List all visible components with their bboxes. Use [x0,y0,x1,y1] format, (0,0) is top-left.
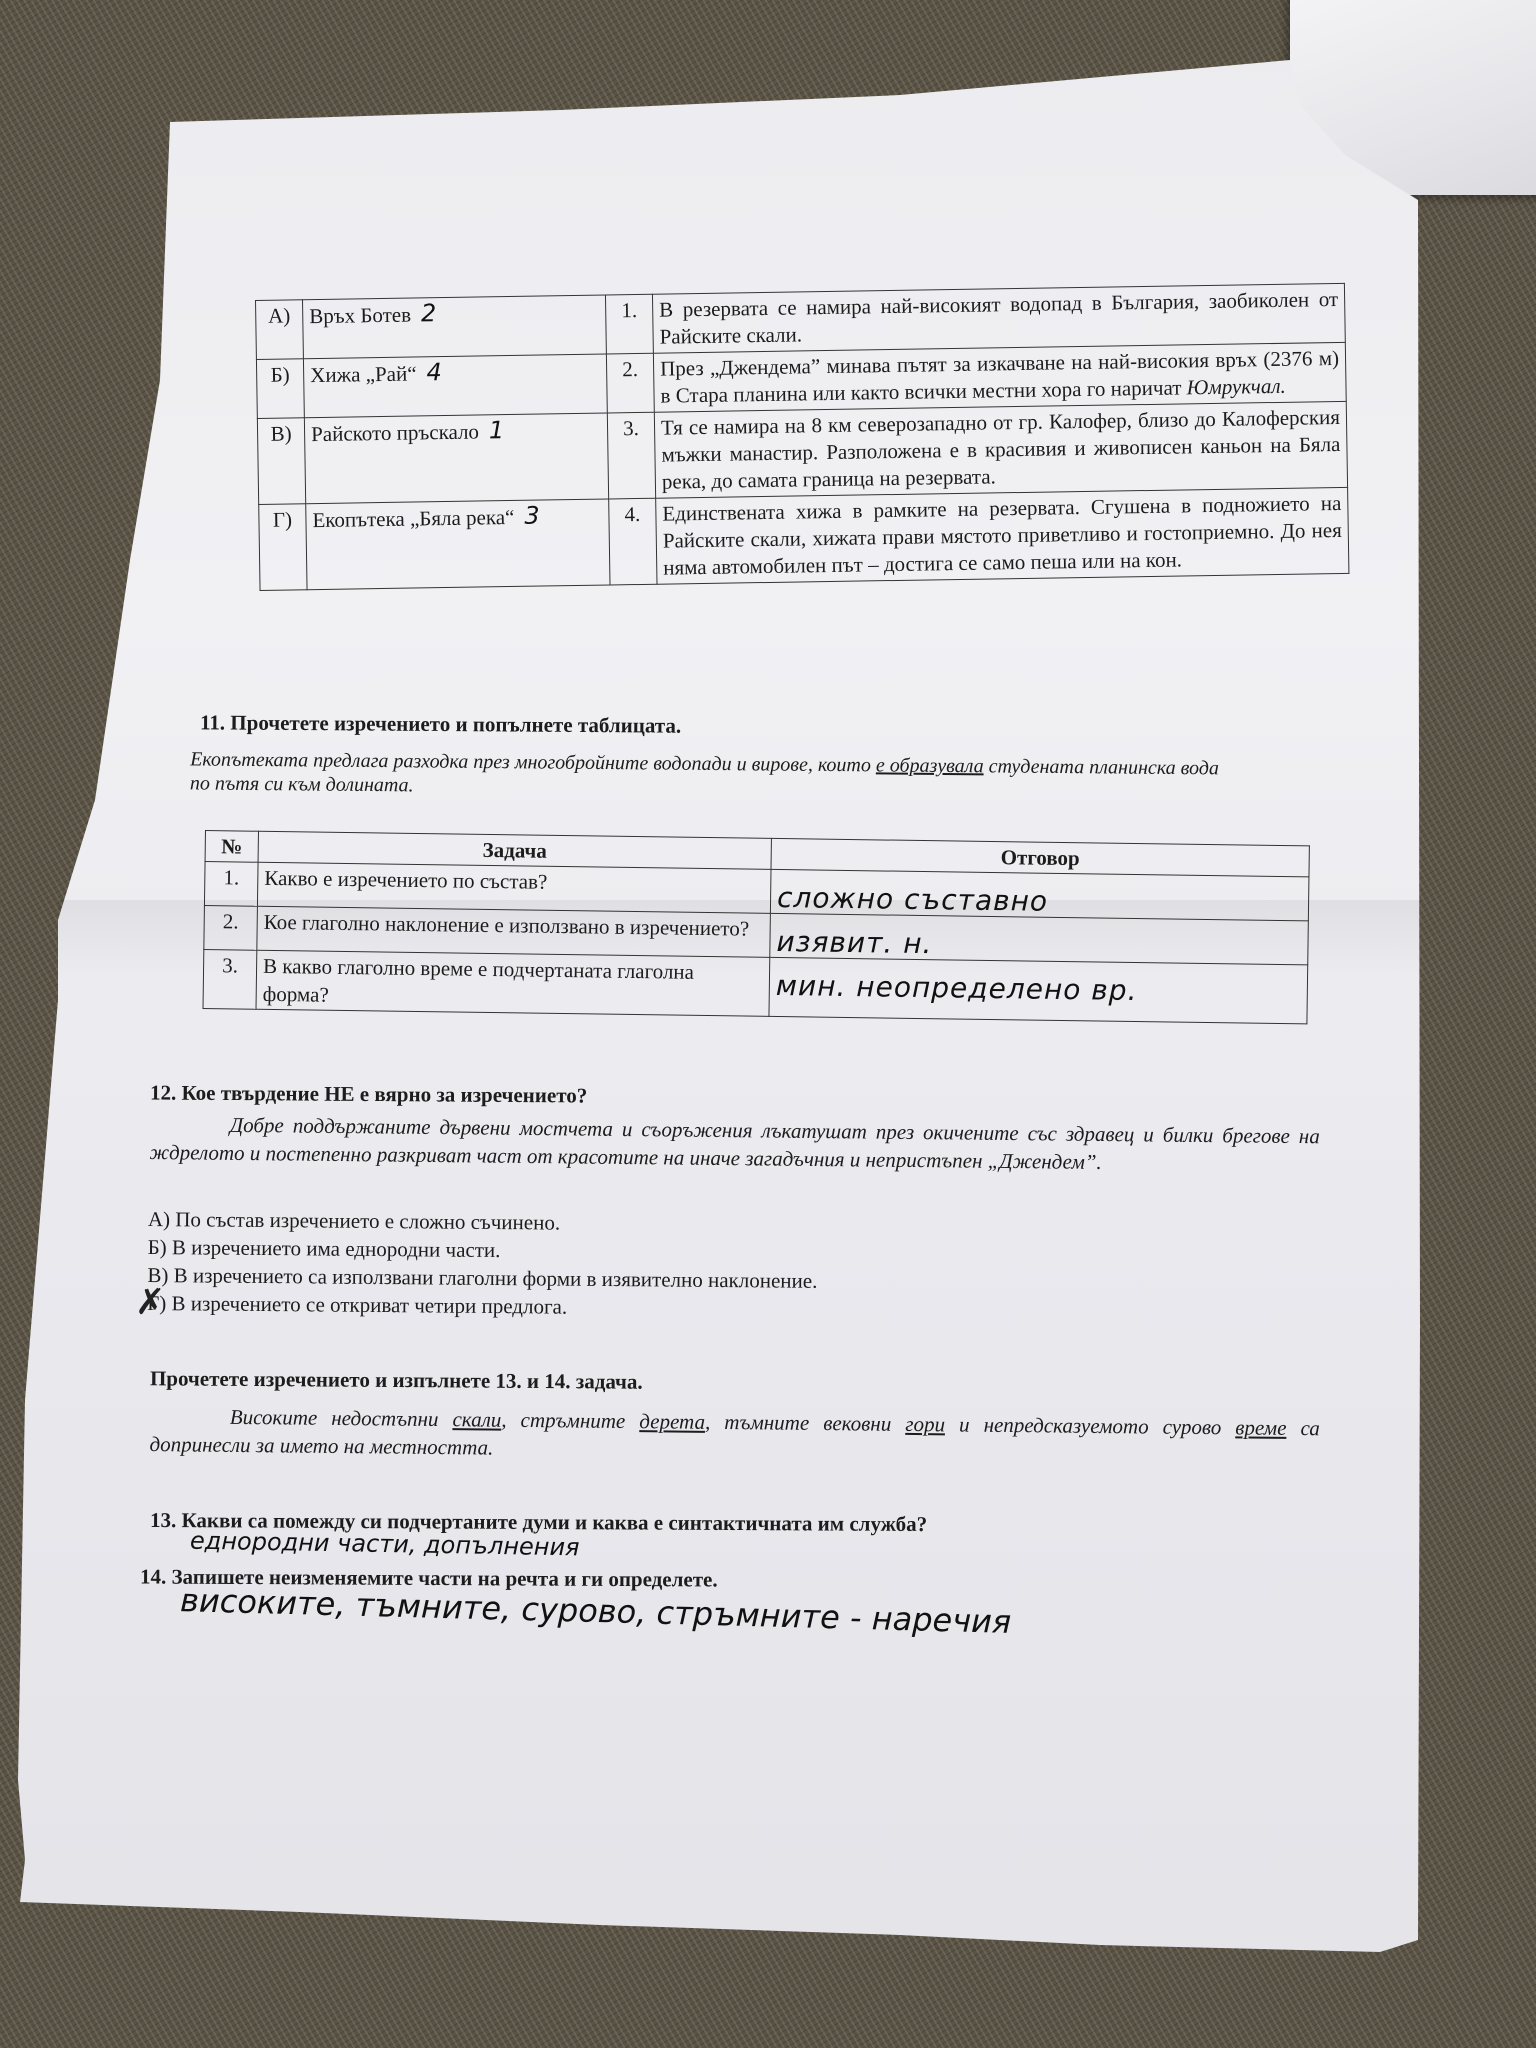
handwritten-match: 2 [421,299,438,327]
option-text: В изречението има еднородни части. [172,1235,501,1262]
handwritten-match: 1 [489,416,506,444]
option-text: В изречението се откриват четири предлог… [171,1291,567,1318]
row-number: 2. [606,353,654,413]
place-name-text: Райското пръскало [311,420,479,447]
description-text: Единствената хижа в рамките на резервата… [662,491,1342,580]
task-number: 1. [204,862,258,907]
q13-14-passage: Високите недостъпни скали, стръмните дер… [149,1402,1320,1470]
underlined-word: дерета [639,1409,705,1434]
q11-table: № Задача Отговор 1.Какво е изречението п… [203,830,1310,1024]
cross-mark-icon: ✗ [135,1285,165,1321]
place-name-text: Екопътека „Бяла река“ [312,505,514,532]
place-name-text: Връх Ботев [309,303,411,329]
q11-sentence: Екопътеката предлага разходка през много… [190,747,1240,804]
q11-sentence-before: Екопътеката предлага разходка през много… [190,748,876,776]
underlined-word: време [1235,1415,1286,1440]
answer-option[interactable]: ✗Г) В изречението се откриват четири пре… [147,1289,817,1323]
passage-text: Високите недостъпни [230,1405,453,1431]
row-number: 3. [607,412,655,499]
underlined-word: гори [905,1412,945,1436]
passage-text: и непредсказуемото сурово [945,1412,1236,1439]
option-label: А) [148,1207,170,1231]
q13-handwritten-answer: еднородни части, допълнения [190,1527,580,1562]
row-letter: Б) [256,359,304,419]
q11-col-num: № [205,831,258,863]
q12-passage: Добре поддържаните дървени мостчета и съ… [149,1110,1320,1178]
q11-underlined-verb: е образувала [876,754,984,777]
worksheet-content: А)Връх Ботев21.В резервата се намира най… [0,0,1536,2048]
handwritten-answer: изявит. н. [770,913,1309,965]
place-name-text: Хижа „Рай“ [310,361,417,387]
matching-row: Г)Екопътека „Бяла река“34.Единствената х… [259,487,1349,590]
passage-text: , стръмните [501,1408,639,1433]
q12-heading: 12. Кое твърдение НЕ е вярно за изречени… [150,1080,587,1108]
description-text: В резервата се намира най-високият водоп… [659,287,1338,349]
row-place-name: Екопътека „Бяла река“3 [306,499,610,590]
row-letter: А) [256,300,304,360]
handwritten-match: 4 [426,358,443,386]
handwritten-match: 3 [524,502,541,530]
matching-table: А)Връх Ботев21.В резервата се намира най… [255,283,1349,591]
description-italic: Юмрукчал. [1186,374,1285,400]
row-letter: В) [257,418,305,505]
q12-options: А) По състав изречението е сложно съчине… [147,1205,818,1323]
task-text: В какво глаголно време е подчертаната гл… [256,950,770,1016]
task-text: Какво е изречението по състав? [257,862,771,913]
row-place-name: Райското пръскало1 [304,413,608,504]
handwritten-answer: мин. неопределено вр. [769,957,1308,1024]
row-number: 4. [609,498,657,585]
row-place-name: Връх Ботев2 [303,295,607,359]
task-number: 3. [203,949,257,1009]
passage-text: , тъмните вековни [705,1410,906,1436]
option-text: В изречението са използвани глаголни фор… [174,1263,818,1293]
row-letter: Г) [259,504,307,591]
task-number: 2. [204,905,258,950]
q11-heading: 11. Прочетете изречението и попълнете та… [200,710,681,738]
row-description: Тя се намира на 8 км северозападно от гр… [654,401,1347,498]
option-label: Б) [148,1235,167,1259]
row-description: В резервата се намира най-високият водоп… [652,283,1345,353]
description-text: Тя се намира на 8 км северозападно от гр… [661,405,1341,494]
task-text: Кое глаголно наклонение е използвано в и… [257,906,771,957]
option-text: По състав изречението е сложно съчинено. [175,1207,560,1234]
row-description: През „Джендема” минава пътят за изкачван… [653,342,1346,412]
underlined-word: скали [452,1407,501,1432]
row-number: 1. [605,294,653,354]
row-place-name: Хижа „Рай“4 [303,354,607,418]
handwritten-answer: сложно съставно [770,869,1309,921]
q13-14-heading: Прочетете изречението и изпълнете 13. и … [150,1366,643,1394]
row-description: Единствената хижа в рамките на резервата… [656,487,1349,584]
